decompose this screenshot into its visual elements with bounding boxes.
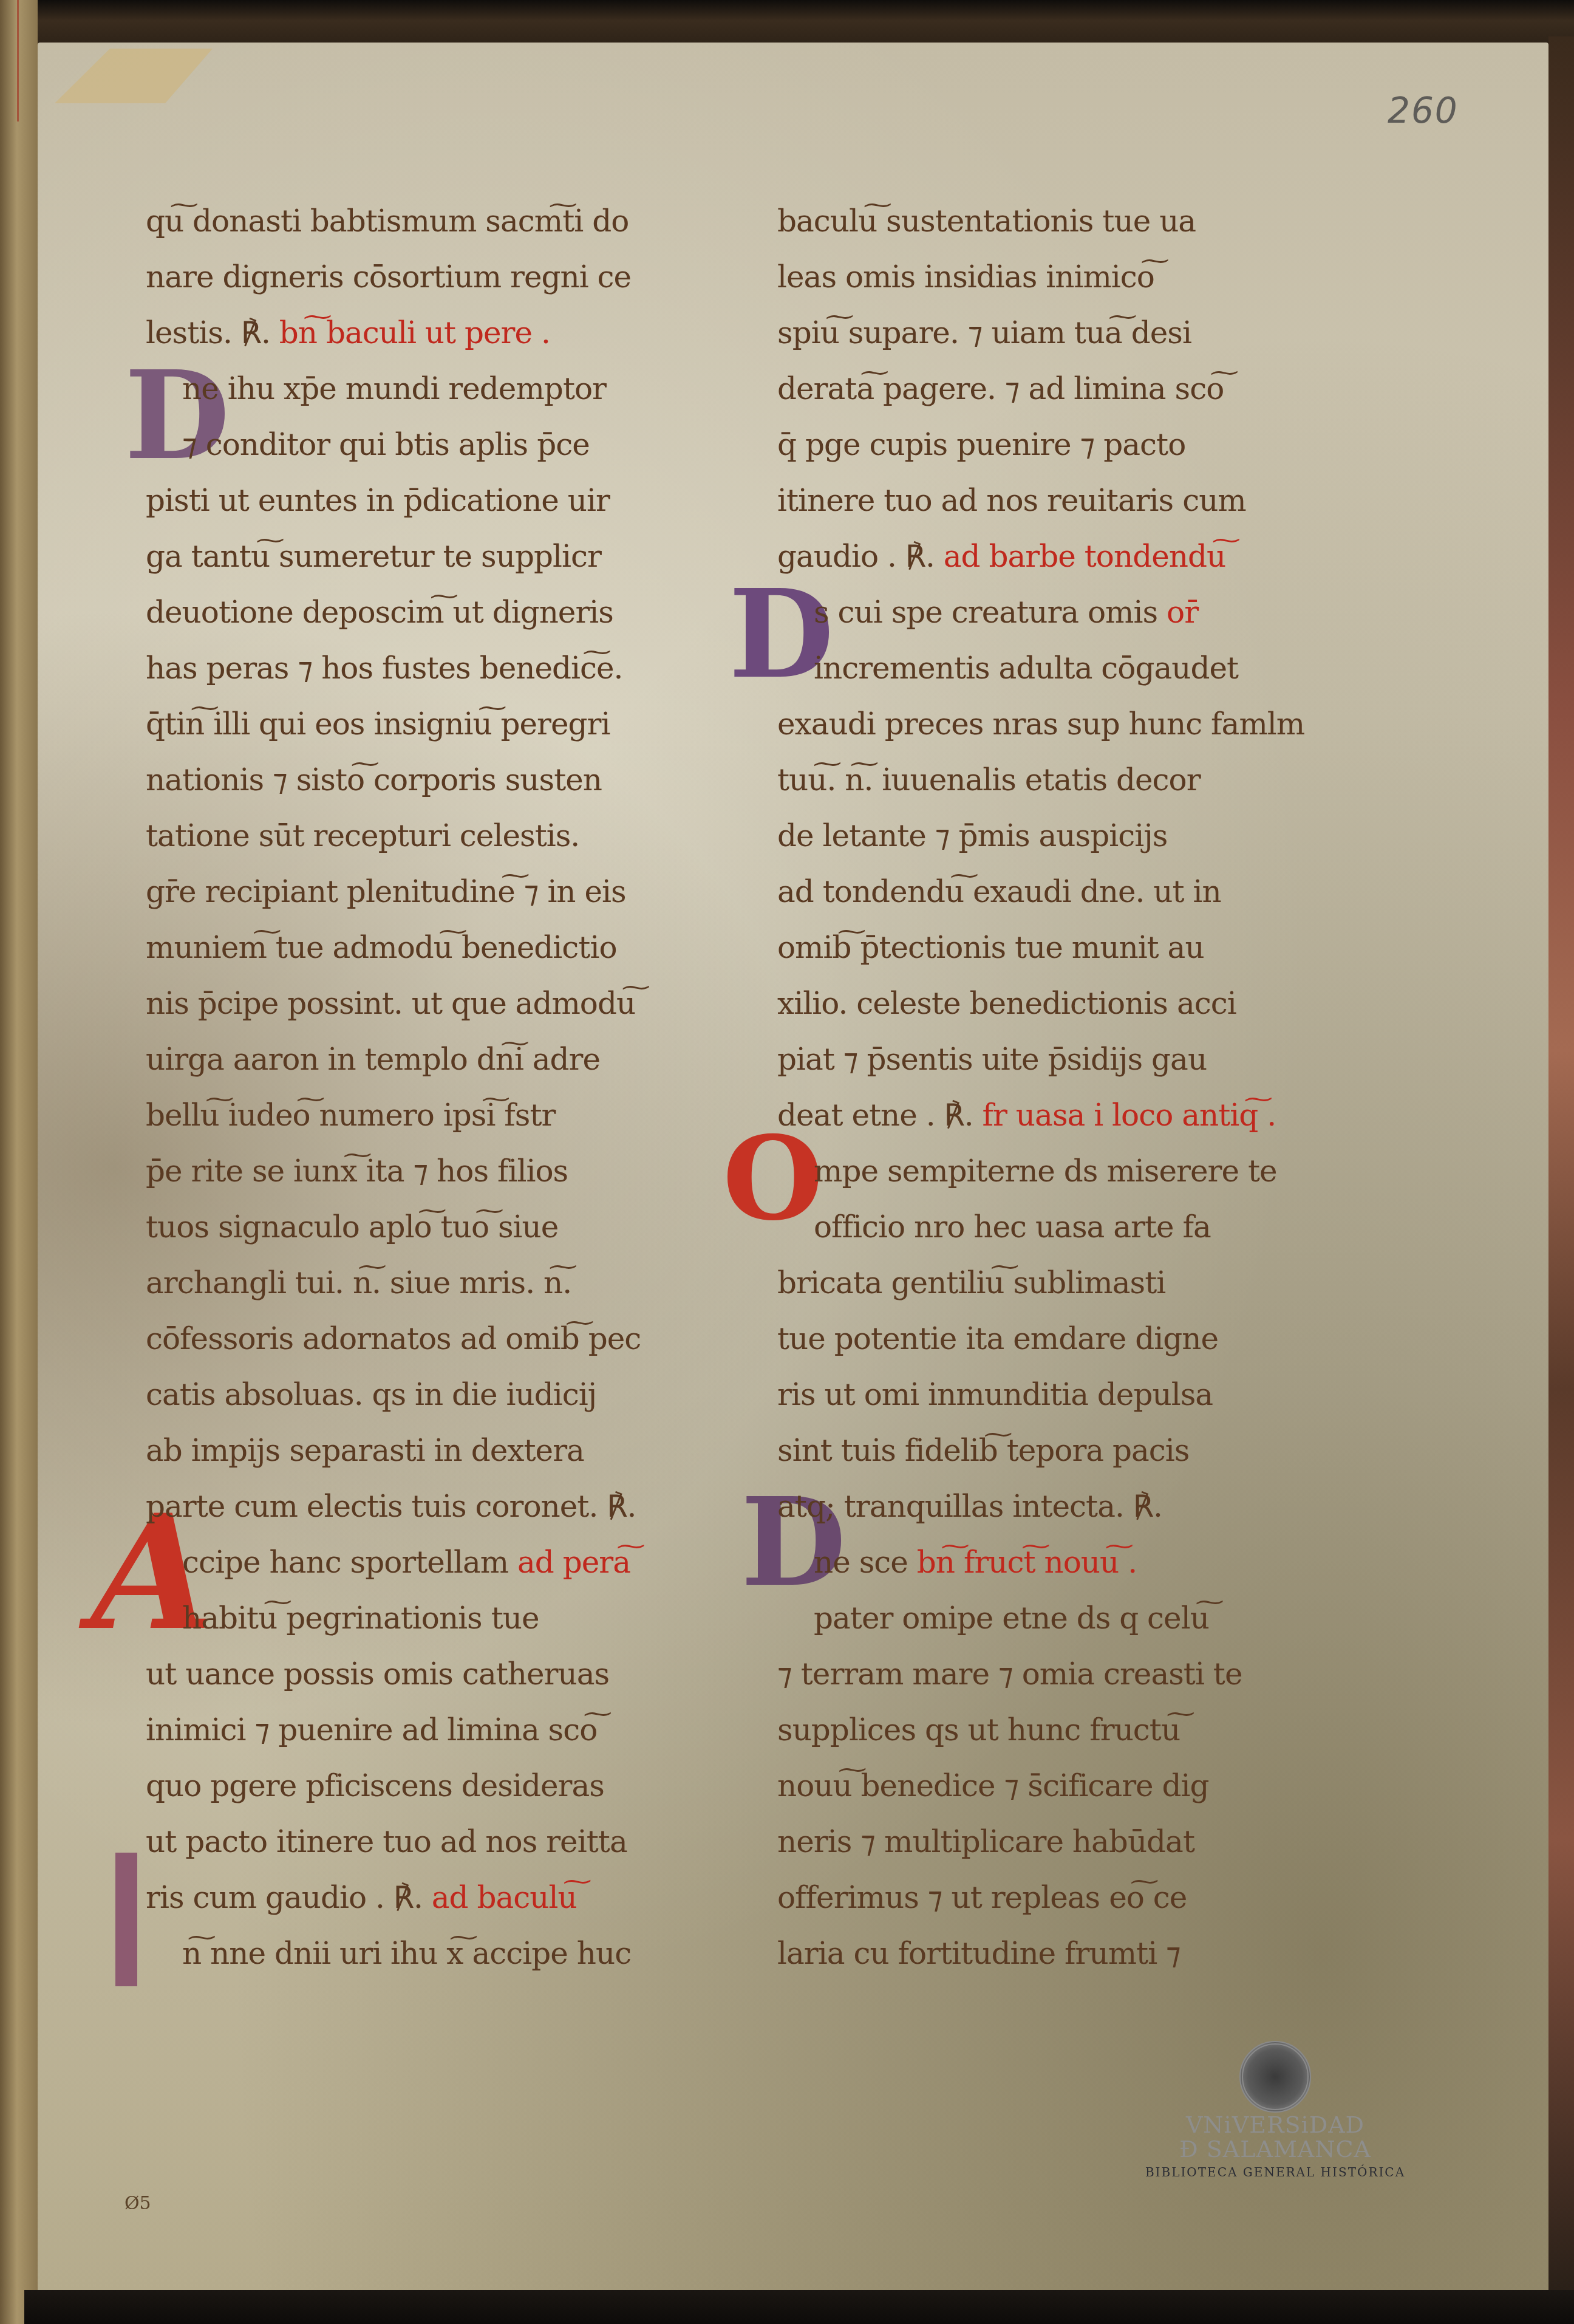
line-text: uirga aaron in templo dn͠i adre xyxy=(146,1042,600,1077)
line-text: mpe sempiterne ds miserere te xyxy=(814,1153,1277,1189)
right-column: baculu͠ sustentationis tue ualeas omis i… xyxy=(777,193,1324,1981)
line-text: ris ut omi inmunditia depulsa xyxy=(777,1377,1213,1412)
line-text: nationis ⁊ sisto͠ corporis susten xyxy=(146,762,602,798)
line-text: pisti ut euntes in p̄dicatione uir xyxy=(146,483,610,518)
manuscript-line: tuos signaculo aplo͠ tuo͠ siue xyxy=(146,1199,692,1255)
manuscript-line: baculu͠ sustentationis tue ua xyxy=(777,193,1324,249)
watermark-university: VNiVERSiDAD xyxy=(1123,2113,1427,2137)
line-text: piat ⁊ p̄sentis uite p̄sidijs gau xyxy=(777,1042,1207,1077)
line-text: deuotione deposcim͠ ut digneris xyxy=(146,595,613,630)
adjacent-leaf-edge xyxy=(0,0,38,2324)
line-text: exaudi preces nras sup hunc famlm xyxy=(777,706,1304,742)
initial-i-purple xyxy=(115,1853,137,1986)
line-text: quo pgere pficiscens desideras xyxy=(146,1768,604,1803)
line-text: n͠ nne dnii uri ihu x͠ accipe huc xyxy=(182,1936,631,1971)
line-text: ccipe hanc sportellam xyxy=(182,1545,508,1580)
manuscript-line: ut uance possis omis catheruas xyxy=(146,1646,692,1702)
manuscript-line: archangli tui. n͠. siue mris. n͠. xyxy=(146,1255,692,1311)
line-text: habitu͠ pegrinationis tue xyxy=(182,1601,539,1636)
manuscript-line: parte cum electis tuis coronet. ℟. xyxy=(146,1478,692,1534)
line-text: ⁊ conditor qui btis aplis p̄ce xyxy=(182,427,590,462)
manuscript-line: q̄tin͠ illi qui eos insigniu͠ peregri xyxy=(146,696,692,752)
line-text: ut uance possis omis catheruas xyxy=(146,1656,609,1692)
manuscript-line: sint tuis fidelib͠ tepora pacis xyxy=(777,1423,1324,1478)
line-text: leas omis insidias inimico͠ xyxy=(777,259,1154,295)
line-text: nis p̄cipe possint. ut que admodu͠ xyxy=(146,986,635,1021)
rubric-text: or̄ xyxy=(1167,595,1198,630)
line-text: archangli tui. n͠. siue mris. n͠. xyxy=(146,1265,571,1300)
line-text: ne sce xyxy=(814,1545,908,1580)
manuscript-line: supplices qs ut hunc fructu͠ xyxy=(777,1702,1324,1758)
line-text: de letante ⁊ p̄mis auspicijs xyxy=(777,818,1167,853)
manuscript-line: gaudio . ℟. ad barbe tondendu͠ xyxy=(777,528,1324,584)
manuscript-line: deat etne . ℟. fr uasa i loco antiq͠ . xyxy=(777,1087,1324,1143)
manuscript-line: offerimus ⁊ ut repleas eo͠ ce xyxy=(777,1870,1324,1926)
line-text: bricata gentiliu͠ sublimasti xyxy=(777,1265,1165,1300)
rubric-text: ad barbe tondendu͠ xyxy=(944,539,1225,574)
manuscript-line: ab impijs separasti in dextera xyxy=(146,1423,692,1478)
manuscript-line: nis p̄cipe possint. ut que admodu͠ xyxy=(146,976,692,1031)
line-text: atq; tranquillas intecta. ℟. xyxy=(777,1489,1162,1524)
line-text: ab impijs separasti in dextera xyxy=(146,1433,584,1468)
line-text: nouu͠ benedice ⁊ s̄cificare dig xyxy=(777,1768,1209,1803)
rubric-text: ad baculu͠ xyxy=(432,1880,577,1915)
manuscript-line: bricata gentiliu͠ sublimasti xyxy=(777,1255,1324,1311)
manuscript-line: pisti ut euntes in p̄dicatione uir xyxy=(146,473,692,528)
manuscript-line: omib͠ p̄tectionis tue munit au xyxy=(777,920,1324,976)
line-text: s cui spe creatura omis xyxy=(814,595,1157,630)
manuscript-line: ris cum gaudio . ℟. ad baculu͠ xyxy=(146,1870,692,1926)
manuscript-line: exaudi preces nras sup hunc famlm xyxy=(777,696,1324,752)
manuscript-line: ris ut omi inmunditia depulsa xyxy=(777,1367,1324,1423)
manuscript-line: tue potentie ita emdare digne xyxy=(777,1311,1324,1367)
line-text: gaudio . ℟. xyxy=(777,539,935,574)
line-text: xilio. celeste benedictionis acci xyxy=(777,986,1236,1021)
library-watermark: VNiVERSiDAD Đ SALAMANCA BIBLIOTECA GENER… xyxy=(1123,2041,1427,2181)
line-text: tue potentie ita emdare digne xyxy=(777,1321,1218,1356)
manuscript-line: derata͠ pagere. ⁊ ad limina sco͠ xyxy=(777,361,1324,417)
rubric-text: bn͠ baculi ut pere . xyxy=(279,315,550,350)
manuscript-line: tatione sūt recepturi celestis. xyxy=(146,808,692,864)
decorated-endpaper-edge xyxy=(1548,36,1574,2290)
manuscript-line: spiu͠ supare. ⁊ uiam tua͠ desi xyxy=(777,305,1324,361)
line-text: cōfessoris adornatos ad omib͠ pec xyxy=(146,1321,641,1356)
manuscript-line: has peras ⁊ hos fustes benedic͠e. xyxy=(146,640,692,696)
manuscript-line: ne sce bn͠ fruct͠ nouu͠ . xyxy=(777,1534,1324,1590)
line-text: supplices qs ut hunc fructu͠ xyxy=(777,1712,1180,1748)
line-text: q̄ pge cupis puenire ⁊ pacto xyxy=(777,427,1185,462)
line-text: tuos signaculo aplo͠ tuo͠ siue xyxy=(146,1209,558,1245)
university-seal-icon xyxy=(1239,2041,1311,2113)
rubric-text: fr uasa i loco antiq͠ . xyxy=(983,1098,1276,1133)
line-text: tatione sūt recepturi celestis. xyxy=(146,818,579,853)
line-text: ris cum gaudio . ℟. xyxy=(146,1880,423,1915)
manuscript-line: lestis. ℟. bn͠ baculi ut pere . xyxy=(146,305,692,361)
line-text: baculu͠ sustentationis tue ua xyxy=(777,203,1196,239)
manuscript-line: ne ihu xp̄e mundi redemptor xyxy=(146,361,692,417)
line-text: ad tondendu͠ exaudi dne. ut in xyxy=(777,874,1221,909)
watermark-library: BIBLIOTECA GENERAL HISTÓRICA xyxy=(1123,2164,1427,2181)
manuscript-line: s cui spe creatura omis or̄ xyxy=(777,584,1324,640)
manuscript-line: officio nro hec uasa arte fa xyxy=(777,1199,1324,1255)
manuscript-line: p̄e rite se iunx͠ ita ⁊ hos filios xyxy=(146,1143,692,1199)
manuscript-line: muniem͠ tue admodu͠ benedictio xyxy=(146,920,692,976)
manuscript-line: nare digneris cōsortium regni ce xyxy=(146,249,692,305)
shelf-mark: Ø5 xyxy=(124,2193,151,2214)
line-text: omib͠ p̄tectionis tue munit au xyxy=(777,930,1204,965)
line-text: itinere tuo ad nos reuitaris cum xyxy=(777,483,1246,518)
manuscript-line: habitu͠ pegrinationis tue xyxy=(146,1590,692,1646)
line-text: p̄e rite se iunx͠ ita ⁊ hos filios xyxy=(146,1153,568,1189)
line-text: deat etne . ℟. xyxy=(777,1098,973,1133)
manuscript-line: q̄ pge cupis puenire ⁊ pacto xyxy=(777,417,1324,473)
line-text: has peras ⁊ hos fustes benedic͠e. xyxy=(146,651,623,686)
line-text: derata͠ pagere. ⁊ ad limina sco͠ xyxy=(777,371,1224,406)
binding-bottom xyxy=(24,2290,1574,2324)
manuscript-line: nationis ⁊ sisto͠ corporis susten xyxy=(146,752,692,808)
line-text: ⁊ terram mare ⁊ omia creasti te xyxy=(777,1656,1242,1692)
manuscript-line: incrementis adulta cōgaudet xyxy=(777,640,1324,696)
red-rule-line xyxy=(17,0,19,121)
manuscript-line: cōfessoris adornatos ad omib͠ pec xyxy=(146,1311,692,1367)
rubric-text: ad pera͠ xyxy=(517,1545,630,1580)
manuscript-line: piat ⁊ p̄sentis uite p̄sidijs gau xyxy=(777,1031,1324,1087)
manuscript-line: nouu͠ benedice ⁊ s̄cificare dig xyxy=(777,1758,1324,1814)
line-text: ga tantu͠ sumeretur te supplicr xyxy=(146,539,601,574)
line-text: nare digneris cōsortium regni ce xyxy=(146,259,631,295)
line-text: sint tuis fidelib͠ tepora pacis xyxy=(777,1433,1190,1468)
line-text: officio nro hec uasa arte fa xyxy=(814,1209,1211,1245)
manuscript-line: ⁊ conditor qui btis aplis p̄ce xyxy=(146,417,692,473)
line-text: qu͠ donasti babtismum sacm͠ti do xyxy=(146,203,629,239)
manuscript-line: neris ⁊ multiplicare habūdat xyxy=(777,1814,1324,1870)
line-text: spiu͠ supare. ⁊ uiam tua͠ desi xyxy=(777,315,1191,350)
line-text: catis absoluas. qs in die iudicij xyxy=(146,1377,596,1412)
manuscript-line: pater omipe etne ds q celu͠ xyxy=(777,1590,1324,1646)
manuscript-line: bellu͠ iudeo͠ numero ipsi͠ fstr xyxy=(146,1087,692,1143)
manuscript-line: itinere tuo ad nos reuitaris cum xyxy=(777,473,1324,528)
line-text: ut pacto itinere tuo ad nos reitta xyxy=(146,1824,627,1859)
manuscript-line: gr̄e recipiant plenitudine͠ ⁊ in eis xyxy=(146,864,692,920)
manuscript-line: leas omis insidias inimico͠ xyxy=(777,249,1324,305)
line-text: bellu͠ iudeo͠ numero ipsi͠ fstr xyxy=(146,1098,555,1133)
manuscript-line: atq; tranquillas intecta. ℟. xyxy=(777,1478,1324,1534)
folio-number: 260 xyxy=(1388,90,1459,131)
line-text: offerimus ⁊ ut repleas eo͠ ce xyxy=(777,1880,1187,1915)
manuscript-line: tuu͠. n͠. iuuenalis etatis decor xyxy=(777,752,1324,808)
manuscript-line: n͠ nne dnii uri ihu x͠ accipe huc xyxy=(146,1926,692,1981)
manuscript-line: qu͠ donasti babtismum sacm͠ti do xyxy=(146,193,692,249)
manuscript-line: xilio. celeste benedictionis acci xyxy=(777,976,1324,1031)
line-text: pater omipe etne ds q celu͠ xyxy=(814,1601,1209,1636)
manuscript-line: ad tondendu͠ exaudi dne. ut in xyxy=(777,864,1324,920)
left-column: qu͠ donasti babtismum sacm͠ti donare dig… xyxy=(146,193,692,1981)
manuscript-line: catis absoluas. qs in die iudicij xyxy=(146,1367,692,1423)
manuscript-line: deuotione deposcim͠ ut digneris xyxy=(146,584,692,640)
line-text: neris ⁊ multiplicare habūdat xyxy=(777,1824,1194,1859)
line-text: incrementis adulta cōgaudet xyxy=(814,651,1238,686)
manuscript-line: uirga aaron in templo dn͠i adre xyxy=(146,1031,692,1087)
manuscript-line: ga tantu͠ sumeretur te supplicr xyxy=(146,528,692,584)
line-text: parte cum electis tuis coronet. ℟. xyxy=(146,1489,636,1524)
line-text: gr̄e recipiant plenitudine͠ ⁊ in eis xyxy=(146,874,626,909)
manuscript-line: quo pgere pficiscens desideras xyxy=(146,1758,692,1814)
line-text: tuu͠. n͠. iuuenalis etatis decor xyxy=(777,762,1201,798)
line-text: laria cu fortitudine frumti ⁊ xyxy=(777,1936,1180,1971)
manuscript-line: inimici ⁊ puenire ad limina sco͠ xyxy=(146,1702,692,1758)
manuscript-line: ⁊ terram mare ⁊ omia creasti te xyxy=(777,1646,1324,1702)
watermark-salamanca: Đ SALAMANCA xyxy=(1123,2137,1427,2161)
manuscript-line: mpe sempiterne ds miserere te xyxy=(777,1143,1324,1199)
line-text: inimici ⁊ puenire ad limina sco͠ xyxy=(146,1712,597,1748)
rubric-text: bn͠ fruct͠ nouu͠ . xyxy=(917,1545,1137,1580)
manuscript-line: ccipe hanc sportellam ad pera͠ xyxy=(146,1534,692,1590)
line-text: lestis. ℟. xyxy=(146,315,270,350)
manuscript-line: ut pacto itinere tuo ad nos reitta xyxy=(146,1814,692,1870)
line-text: q̄tin͠ illi qui eos insigniu͠ peregri xyxy=(146,706,610,742)
manuscript-line: de letante ⁊ p̄mis auspicijs xyxy=(777,808,1324,864)
line-text: ne ihu xp̄e mundi redemptor xyxy=(182,371,606,406)
manuscript-line: laria cu fortitudine frumti ⁊ xyxy=(777,1926,1324,1981)
line-text: muniem͠ tue admodu͠ benedictio xyxy=(146,930,617,965)
